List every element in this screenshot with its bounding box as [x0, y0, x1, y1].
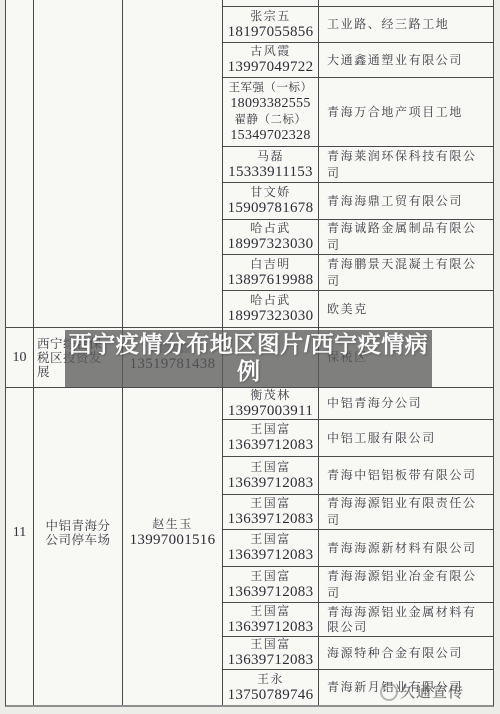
- contact-name: 衡茂林: [250, 388, 291, 403]
- contact-phone: 18197055856: [228, 24, 314, 41]
- company-name: 中铝青海分公司: [327, 395, 422, 412]
- company-name: 欧美克: [327, 301, 368, 318]
- contact-phone: 13639712083: [228, 437, 314, 454]
- contact-phone: 18997323030: [228, 236, 314, 253]
- contact-name: 王国富: [250, 637, 291, 652]
- place-line: 展: [37, 365, 50, 379]
- watermark-logo-icon: [380, 683, 398, 701]
- company-name: 工业路、经三路工地: [327, 16, 449, 33]
- contact-name: 王国富: [250, 422, 291, 437]
- contact-name: 哈占武: [250, 221, 291, 236]
- company-name: 青海万合地产项目工地: [327, 104, 463, 121]
- company-name: 青海莱润环保科技有限公司: [327, 148, 489, 182]
- contact-name: 古风霞: [250, 44, 291, 59]
- company-name: 青海海源铝业金属材料有限公司: [327, 605, 489, 635]
- table-row: 哈占武 18997323030 欧美克: [223, 291, 493, 327]
- overlay-title-line2: 例: [237, 358, 260, 385]
- contact-phone: 13639712083: [228, 619, 314, 636]
- contact-phone: 13897619988: [228, 272, 314, 289]
- table-row: 王国富 13639712083 海源特种合金有限公司: [223, 637, 493, 670]
- table-row: 王国富 13639712083 青海中铝铝板带有限公司: [223, 457, 493, 495]
- contact-name: 王国富: [250, 569, 291, 584]
- contact-phone: 13639712083: [228, 584, 314, 601]
- row-number-cell-empty: [6, 0, 34, 327]
- contact-name: 王国富: [250, 460, 291, 475]
- contact-phone: 13997049722: [228, 59, 314, 76]
- company-name: 大通鑫通塑业有限公司: [327, 52, 463, 69]
- contact-name: 王国富: [250, 604, 291, 619]
- contact-name: 张宗五: [250, 9, 291, 24]
- contact-phone: 13639712083: [228, 652, 314, 669]
- headline-overlay-band: 西宁疫情分布地区图片/西宁疫情病 例: [65, 330, 432, 387]
- contact-phone: 13997003911: [228, 403, 313, 420]
- company-name: 海源特种合金有限公司: [327, 645, 463, 662]
- contact-name-2: 翟静（二标）: [235, 112, 307, 128]
- table-row: 白吉明 13897619988 青海鹏景天混凝土有限公司: [223, 255, 493, 291]
- table-row: 王军强（一标） 18093382555 翟静（二标） 15349702328 青…: [223, 78, 493, 147]
- row-number: 10: [13, 350, 27, 366]
- contact-name: 王国富: [250, 496, 291, 511]
- company-name: 青海海鼎工贸有限公司: [327, 193, 463, 210]
- table-row: 古风霞 13997049722 大通鑫通塑业有限公司: [223, 43, 493, 78]
- table-row: 张宗五 18197055856 工业路、经三路工地: [223, 7, 493, 43]
- table-row-11: 11 中铝青海分 公司停车场 赵生玉 13997001516 衡茂林 13997…: [6, 388, 493, 705]
- contact-name: 王国富: [250, 532, 291, 547]
- scanned-document-page: 张宗五 18197055856 工业路、经三路工地 古风霞 1399704972…: [0, 0, 500, 714]
- company-name: 青海鹏景天混凝土有限公司: [327, 256, 489, 290]
- contact-phone-2: 15349702328: [230, 128, 310, 144]
- place-line: 中铝青海分: [45, 519, 110, 533]
- contact-name: 王军强（一标）: [229, 80, 313, 96]
- table-row: 王国富 13639712083 青海海源新材料有限公司: [223, 530, 493, 567]
- company-name: 青海诚路金属制品有限公司: [327, 220, 489, 254]
- company-name: 青海海源铝业冶金有限公司: [327, 568, 489, 602]
- table-row: 哈占武 18997323030 青海诚路金属制品有限公司: [223, 220, 493, 255]
- main-contact-cell-empty: [123, 0, 223, 327]
- contact-name: 白吉明: [250, 257, 291, 272]
- main-contact-name: 赵生玉: [152, 517, 193, 532]
- subrow-list: 张宗五 18197055856 工业路、经三路工地 古风霞 1399704972…: [223, 0, 493, 327]
- table-row: 王国富 13639712083 青海海源铝业冶金有限公司: [223, 567, 493, 603]
- contact-phone: 18093382555: [230, 96, 310, 112]
- table-row: 王国富 13639712083 青海海源铝业金属材料有限公司: [223, 603, 493, 637]
- contact-phone: 15909781678: [228, 200, 314, 217]
- table-section-top: 张宗五 18197055856 工业路、经三路工地 古风霞 1399704972…: [6, 0, 493, 328]
- contact-phone: 13639712083: [228, 475, 314, 492]
- contact-phone: 13639712083: [228, 547, 314, 564]
- overlay-title-line1: 西宁疫情分布地区图片/西宁疫情病: [69, 331, 428, 358]
- row-number: 11: [13, 525, 26, 541]
- table-row: 甘文娇 15909781678 青海海鼎工贸有限公司: [223, 183, 493, 220]
- table-row: 王国富 13639712083 青海海源铝业有限责任公司: [223, 495, 493, 530]
- company-name: 青海海源铝业有限责任公司: [327, 495, 489, 529]
- contact-name: 甘文娇: [250, 185, 291, 200]
- contact-phone: 13639712083: [228, 511, 314, 528]
- company-name: 中铝工服有限公司: [327, 430, 436, 447]
- contact-phone: 18997323030: [228, 308, 314, 325]
- place-cell-empty: [34, 0, 123, 327]
- table-row-partial: [223, 0, 493, 7]
- main-contact-phone: 13997001516: [130, 532, 216, 549]
- watermark-text: 久通宣传: [400, 681, 464, 702]
- company-name: 青海海源新材料有限公司: [327, 540, 477, 557]
- place-line: 公司停车场: [45, 533, 110, 547]
- watermark: 久通宣传: [380, 681, 464, 702]
- table-row: 王国富 13639712083 中铝工服有限公司: [223, 420, 493, 457]
- contact-name: 马磊: [257, 149, 284, 164]
- table-row: 衡茂林 13997003911 中铝青海分公司: [223, 388, 493, 420]
- contact-phone: 13750789746: [228, 687, 314, 704]
- subrow-list: 衡茂林 13997003911 中铝青海分公司 王国富 13639712083 …: [223, 388, 493, 705]
- contact-phone: 15333911153: [228, 164, 313, 181]
- contact-name: 哈占武: [250, 293, 291, 308]
- table-row: 马磊 15333911153 青海莱润环保科技有限公司: [223, 147, 493, 183]
- company-name: 青海中铝铝板带有限公司: [327, 467, 477, 484]
- contact-name: 王永: [257, 672, 284, 687]
